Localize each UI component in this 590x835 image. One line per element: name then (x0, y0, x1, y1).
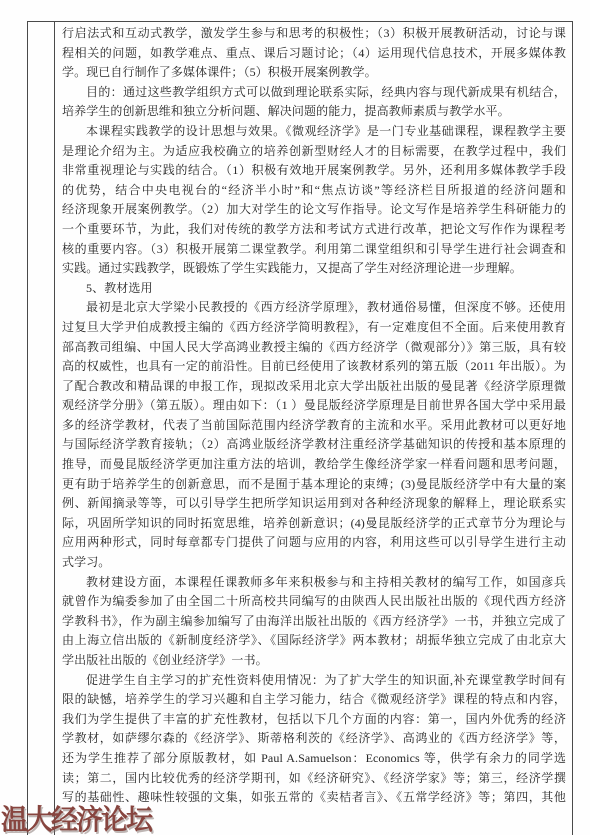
table-main-cell: 行启法式和互动式教学，激发学生参与和思考的积极性；（3）积极开展教研活动，讨论与… (55, 22, 572, 835)
text-line: 培养学生的创新思维和独立分析问题、解决问题的能力，提高教师素质与教学水平。 (62, 102, 566, 122)
forum-watermark: 温大经济论坛 (1, 797, 151, 835)
text-line: 还为学生推荐了部分原版教材，如 Paul A.Samuelson：Economi… (62, 749, 566, 769)
text-line: 经济现象开展案例教学。（2）加大对学生的论文写作指导。论文写作是培养学生科研能力… (62, 200, 566, 220)
text-line: 例、新闻摘录等等，可以引导学生把所学知识运用到对各种经济现象的解释上，理论联系实 (62, 494, 566, 514)
text-line: 应用两种形式，同时每章都专门提供了问题与应用的内容，利用这些可以引导学生进行主动 (62, 533, 566, 553)
text-line: 学出版社出版的《创业经济学》一书。 (62, 651, 566, 671)
text-line: 推导，而曼昆版经济学更加注重方法的培训，教给学生像经济学家一样看问题和思考问题， (62, 455, 566, 475)
text-line: 观经济学分册》（第五版）。理由如下：（1 ）曼昆版经济学原理是目前世界各国大学中… (62, 396, 566, 416)
text-line: 行启法式和互动式教学，激发学生参与和思考的积极性；（3）积极开展教研活动，讨论与… (62, 24, 566, 44)
text-line: 实践。通过实践教学，既锻炼了学生实践能力，又提高了学生对经济理论进一步理解。 (62, 259, 566, 279)
text-line: 本课程实践教学的设计思想与效果。《微观经济学》是一门专业基础课程，课程教学主要 (62, 122, 566, 142)
table-left-column (28, 22, 55, 835)
text-line: 就曾作为编委参加了由全国二十所高校共同编写的由陕西人民出版社出版的《现代西方经济 (62, 592, 566, 612)
text-line: 一个重要环节，为此，我们对传统的教学方法和考试方式进行改革，把论文写作作为课程考 (62, 220, 566, 240)
text-line: 程相关的问题，如教学难点、重点、课后习题讨论；（4）运用现代信息技术，开展多媒体… (62, 44, 566, 64)
text-line: 读；第二，国内比较优秀的经济学期刊，如《经济研究》、《经济学家》等；第三，经济学… (62, 769, 566, 789)
text-line: 与国际经济学教育接轨；（2）高鸿业版经济学教材注重经济学基础知识的传授和基本原理… (62, 435, 566, 455)
text-line: 部高教司组编、中国人民大学高鸿业教授主编的《西方经济学（微观部分）》第三版，具有… (62, 338, 566, 358)
text-line: 学教材，如萨缪尔森的《经济学》、斯蒂格利茨的《经济学》、高鸿业的《西方经济学》等… (62, 729, 566, 749)
text-line: 式学习。 (62, 553, 566, 573)
text-line: 最初是北京大学梁小民教授的《西方经济学原理》，教材通俗易懂，但深度不够。还使用 (62, 298, 566, 318)
document-page: 行启法式和互动式教学，激发学生参与和思考的积极性；（3）积极开展教研活动，讨论与… (0, 0, 590, 835)
text-line: 限的缺憾，培养学生的学习兴趣和自主学习能力，结合《微观经济学》课程的特点和内容， (62, 690, 566, 710)
text-line: 5、教材选用 (62, 279, 566, 299)
text-line: 更有助于培养学生的创新意思，而不是囿于基本理论的束缚；(3)曼昆版经济学中有大量… (62, 475, 566, 495)
text-line: 高的权威性，也具有一定的前沿性。目前已经使用了该教材系列的第五版（2011 年出… (62, 357, 566, 377)
text-line: 学。现已自行制作了多媒体课件；（5）积极开展案例教学。 (62, 63, 566, 83)
text-line: 促进学生自主学习的扩充性资料使用情况：为了扩大学生的知识面,补充课堂教学时间有 (62, 671, 566, 691)
text-line: 由上海立信出版的《新制度经济学》、《国际经济学》两本教材；胡振华独立完成了由北京… (62, 631, 566, 651)
text-line: 目的：通过这些教学组织方式可以做到理论联系实际，经典内容与现代新成果有机结合， (62, 83, 566, 103)
text-line: 教材建设方面，本课程任课教师多年来积极参与和主持相关教材的编写工作，如国彦兵 (62, 573, 566, 593)
text-line: 际，巩固所学知识的同时拓宽思维，培养创新意识；(4)曼昆版经济学的正式章节分为理… (62, 514, 566, 534)
text-line: 非常重视理论与实践的结合。（1）积极有效地开展案例教学。另外，还利用多媒体教学手… (62, 161, 566, 181)
text-lines: 行启法式和互动式教学，激发学生参与和思考的积极性；（3）积极开展教研活动，讨论与… (62, 24, 566, 808)
text-line: 了配合教改和精品课的申报工作，现拟改采用北京大学出版社出版的曼昆著《经济学原理微 (62, 377, 566, 397)
text-line: 的优势，结合中央电视台的“经济半小时”和“焦点访谈”等经济栏目所报道的经济问题和 (62, 181, 566, 201)
content-table: 行启法式和互动式教学，激发学生参与和思考的积极性；（3）积极开展教研活动，讨论与… (27, 21, 573, 835)
text-line: 多的经济学教材，代表了当前国际范围内经济学教育的主流和水平。采用此教材可以更好地 (62, 416, 566, 436)
text-line: 学教科书》，作为副主编参加编写了由海洋出版社出版的《西方经济学》一书，并独立完成… (62, 612, 566, 632)
text-line: 我们为学生提供了丰富的扩充性教材，包括以下几个方面的内容：第一，国内外优秀的经济 (62, 710, 566, 730)
text-line: 是理论介绍为主。为适应我校确立的培养创新型财经人才的目标需要，在教学过程中，我们 (62, 142, 566, 162)
text-line: 过复旦大学尹伯成教授主编的《西方经济学简明教程》，有一定难度但不全面。后来使用教… (62, 318, 566, 338)
text-line: 核的重要内容。（3）积极开展第二课堂教学。利用第二课堂组织和引导学生进行社会调查… (62, 240, 566, 260)
